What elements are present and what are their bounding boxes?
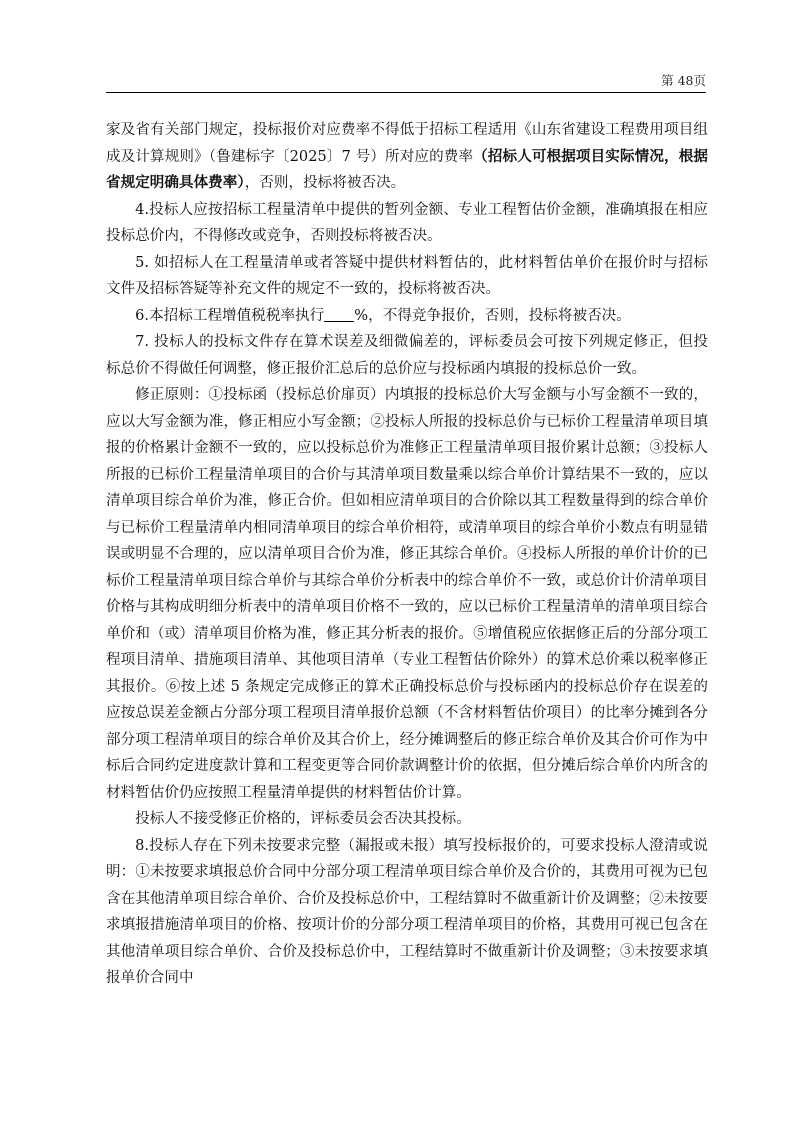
text-segment: ，否则，投标将被否决。 — [245, 174, 406, 191]
page-number: 第 48页 — [661, 72, 706, 90]
text-segment: 8.投标人存在下列未按要求完整（漏报或未报）填写投标报价的，可要求投标人澄清或说… — [106, 837, 708, 987]
text-segment: %，不得竞争报价，否则，投标将被否决。 — [354, 307, 631, 324]
paragraph-correction-principles: 修正原则：①投标函（投标总价扉页）内填报的投标总价大写金额与小写金额不一致的，应… — [106, 382, 708, 806]
paragraph-item-8: 8.投标人存在下列未按要求完整（漏报或未报）填写投标报价的，可要求投标人澄清或说… — [106, 833, 708, 992]
paragraph-item-5: 5. 如招标人在工程量清单或者答疑中提供材料暂估的，此材料暂估单价在报价时与招标… — [106, 250, 708, 303]
text-segment: 投标人不接受修正价格的，评标委员会否决其投标。 — [135, 810, 471, 827]
text-segment: 修正原则：①投标函（投标总价扉页）内填报的投标总价大写金额与小写金额不一致的，应… — [106, 386, 708, 801]
paragraph-item-7: 7. 投标人的投标文件存在算术误差及细微偏差的，评标委员会可按下列规定修正，但投… — [106, 329, 708, 382]
paragraph-fee-rate: 家及省有关部门规定，投标报价对应费率不得低于招标工程适用《山东省建设工程费用项目… — [106, 117, 708, 197]
paragraph-item-6: 6.本招标工程增值税税率执行%，不得竞争报价，否则，投标将被否决。 — [106, 303, 708, 330]
text-segment: 7. 投标人的投标文件存在算术误差及细微偏差的，评标委员会可按下列规定修正，但投… — [106, 333, 708, 377]
document-body: 家及省有关部门规定，投标报价对应费率不得低于招标工程适用《山东省建设工程费用项目… — [106, 117, 708, 992]
paragraph-item-4: 4.投标人应按招标工程量清单中提供的暂列金额、专业工程暂估价金额，准确填报在相应… — [106, 197, 708, 250]
text-segment: 5. 如招标人在工程量清单或者答疑中提供材料暂估的，此材料暂估单价在报价时与招标… — [106, 254, 708, 298]
text-segment: 4.投标人应按招标工程量清单中提供的暂列金额、专业工程暂估价金额，准确填报在相应… — [106, 201, 708, 245]
tax-rate-blank — [324, 307, 354, 322]
text-segment: 6.本招标工程增值税税率执行 — [135, 307, 324, 324]
page-header: 第 48页 — [106, 72, 706, 93]
paragraph-reject-correction: 投标人不接受修正价格的，评标委员会否决其投标。 — [106, 806, 708, 833]
